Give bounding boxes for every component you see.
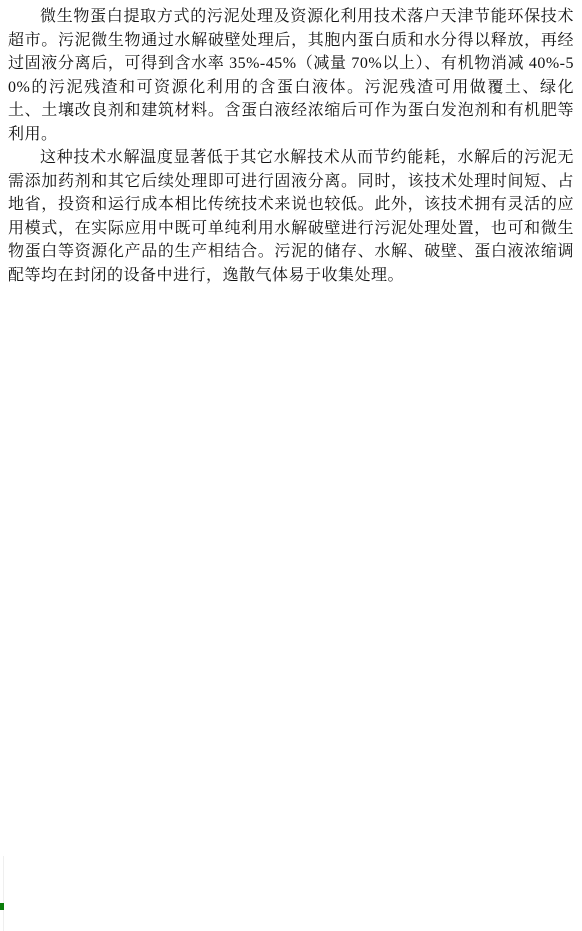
paragraph-sludge-protein-technology: 微生物蛋白提取方式的污泥处理及资源化利用技术落户天津节能环保技术超市。污泥微生物…	[8, 5, 574, 146]
document-text-block: 微生物蛋白提取方式的污泥处理及资源化利用技术落户天津节能环保技术超市。污泥微生物…	[0, 0, 582, 287]
document-page: 微生物蛋白提取方式的污泥处理及资源化利用技术落户天津节能环保技术超市。污泥微生物…	[0, 0, 582, 931]
green-marker-square	[0, 903, 4, 910]
scan-artifact-line	[3, 856, 4, 931]
paragraph-technology-advantages: 这种技术水解温度显著低于其它水解技术从而节约能耗，水解后的污泥无需添加药剂和其它…	[8, 146, 574, 287]
